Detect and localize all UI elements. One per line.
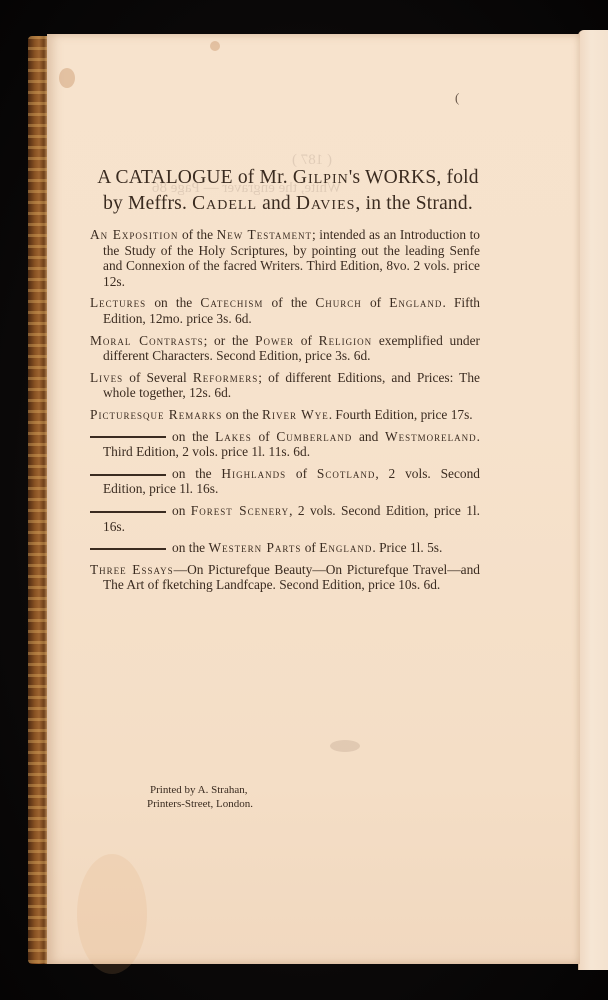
catalogue: A CATALOGUE of Mr. Gilpin's WORKS, fold … — [90, 165, 480, 599]
entry-title: Religion — [319, 333, 372, 348]
entry-title: Reformers — [193, 370, 258, 385]
stray-mark: ( — [455, 90, 459, 106]
entry-text: on the — [146, 295, 200, 310]
catalogue-entry-highlands: on the Highlands of Scotland, 2 vols. Se… — [90, 466, 480, 497]
entry-title: Picturesque Remarks — [90, 407, 222, 422]
entry-text: on — [172, 503, 191, 518]
entry-text: of the — [178, 227, 216, 242]
ditto-rule — [90, 474, 166, 476]
ditto-rule — [90, 511, 166, 513]
catalogue-entry-western-parts: on the Western Parts of England. Price 1… — [90, 540, 480, 556]
entry-title: Catechism — [200, 295, 263, 310]
publisher-name: Cadell — [192, 193, 257, 214]
entry-title: Three Essays — [90, 562, 174, 577]
catalogue-entry-river-wye: Picturesque Remarks on the River Wye. Fo… — [90, 407, 480, 423]
entry-title: England — [389, 295, 442, 310]
title-text: , in the Strand. — [355, 193, 472, 214]
entry-title: England — [319, 540, 372, 555]
entry-title: Westmoreland — [385, 429, 477, 444]
entry-text: . Fourth Edition, price 17s. — [329, 407, 473, 422]
foxing-spot — [59, 68, 75, 88]
entry-title: Power — [255, 333, 294, 348]
entry-text: ; or the — [204, 333, 255, 348]
facing-page-edge — [578, 30, 608, 970]
entry-text: . Price 1l. 5s. — [372, 540, 442, 555]
foxing-spot — [210, 41, 220, 51]
entry-text: and — [352, 429, 385, 444]
catalogue-entry-lectures: Lectures on the Catechism of the Church … — [90, 295, 480, 326]
entry-title: New Testament — [217, 227, 312, 242]
entry-title: Forest Scenery — [191, 503, 289, 518]
entry-title: Church — [315, 295, 361, 310]
gilt-binding-edge — [28, 36, 48, 964]
entry-text: of the — [263, 295, 315, 310]
ditto-rule — [90, 436, 166, 438]
title-text: 's WORKS, fold — [349, 167, 479, 188]
catalogue-entry-forest-scenery: on Forest Scenery, 2 vols. Second Editio… — [90, 503, 480, 534]
author-name: Gilpin — [293, 167, 349, 188]
entry-title: Western Parts — [208, 540, 301, 555]
printer-imprint: Printed by A. Strahan, Printers-Street, … — [150, 784, 253, 811]
catalogue-entry-moral-contrasts: Moral Contrasts; or the Power of Religio… — [90, 333, 480, 364]
entry-text: of — [362, 295, 389, 310]
entry-title: Scotland — [317, 466, 375, 481]
catalogue-entry-three-essays: Three Essays—On Picturefque Beauty—On Pi… — [90, 562, 480, 593]
entry-title: River Wye — [262, 407, 329, 422]
entry-title: Lakes — [215, 429, 252, 444]
entry-text: of — [286, 466, 317, 481]
catalogue-entry-lakes: on the Lakes of Cumberland and Westmorel… — [90, 429, 480, 460]
entry-text: on the — [172, 429, 215, 444]
entry-title: Cumberland — [276, 429, 352, 444]
entry-text: of — [301, 540, 319, 555]
entry-text: on the — [172, 540, 208, 555]
title-text: and — [257, 193, 296, 214]
catalogue-entry-exposition: An Exposition of the New Testament; inte… — [90, 227, 480, 289]
publisher-name: Davies — [296, 193, 356, 214]
entry-text: on the — [172, 466, 221, 481]
imprint-line: Printed by A. Strahan, — [150, 784, 253, 798]
imprint-line: Printers-Street, London. — [147, 798, 253, 812]
entry-text: of — [252, 429, 277, 444]
title-text: A CATALOGUE of Mr. — [97, 167, 293, 188]
catalogue-title: A CATALOGUE of Mr. Gilpin's WORKS, fold … — [88, 165, 488, 217]
stain — [77, 854, 147, 974]
entry-text: on the — [222, 407, 262, 422]
catalogue-entry-lives: Lives of Several Reformers; of different… — [90, 370, 480, 401]
entry-text: of Several — [123, 370, 193, 385]
entry-title: Highlands — [221, 466, 286, 481]
entry-title: Lectures — [90, 295, 146, 310]
entry-title: An Exposition — [90, 227, 178, 242]
entry-title: Moral Contrasts — [90, 333, 204, 348]
title-text: by Meffrs. — [103, 193, 192, 214]
entry-title: Lives — [90, 370, 123, 385]
faint-ornament — [330, 740, 360, 752]
entry-text: , 2 vols. Second Edition, price 1l. 16s. — [103, 503, 480, 534]
ditto-rule — [90, 548, 166, 550]
entry-text: of — [294, 333, 319, 348]
